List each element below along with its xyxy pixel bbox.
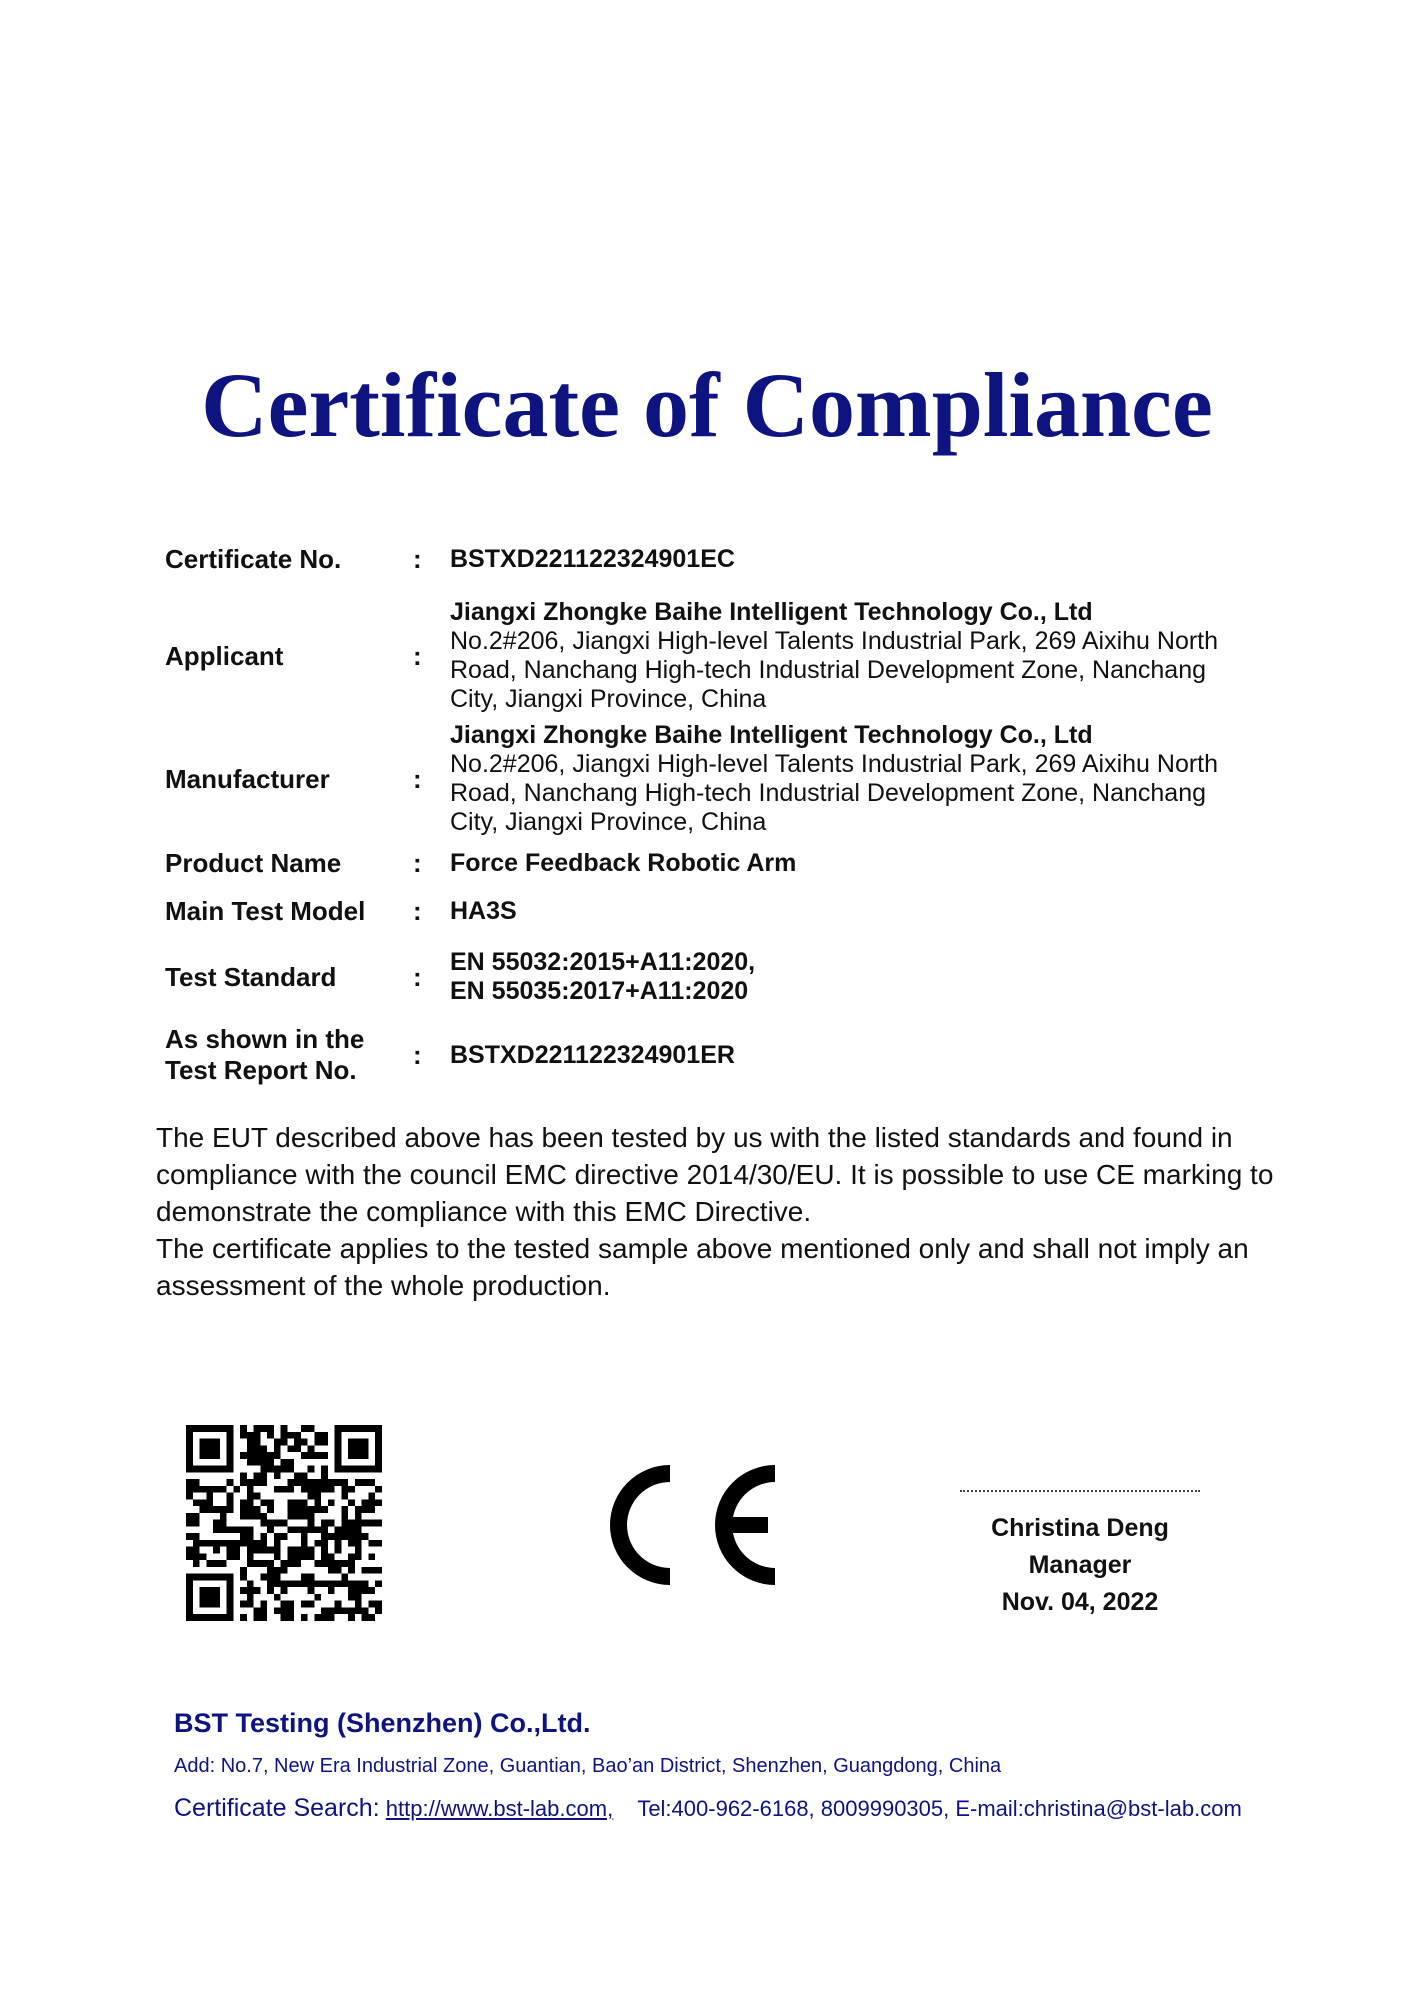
address-line: No.2#206, Jiangxi High-level Talents Ind… <box>450 750 1265 779</box>
ce-mark-icon <box>600 1455 800 1595</box>
standard: EN 55032:2015+A11:2020, <box>450 948 1265 977</box>
test-report-number: BSTXD221122324901ER <box>450 1041 1265 1070</box>
label: Test Standard <box>165 962 413 993</box>
page-title: Certificate of Compliance <box>0 352 1414 458</box>
colon: : <box>413 848 450 879</box>
statement-paragraph: The EUT described above has been tested … <box>156 1119 1276 1230</box>
statement-paragraph: The certificate applies to the tested sa… <box>156 1230 1276 1304</box>
manufacturer-name: Jiangxi Zhongke Baihe Intelligent Techno… <box>450 721 1265 750</box>
address-line: Road, Nanchang High-tech Industrial Deve… <box>450 656 1265 685</box>
certificate-search-label: Certificate Search: <box>174 1794 380 1822</box>
certificate-number: BSTXD221122324901EC <box>450 545 1265 574</box>
colon: : <box>413 962 450 993</box>
product-name: Force Feedback Robotic Arm <box>450 849 1265 878</box>
label: Certificate No. <box>165 544 413 575</box>
field-applicant: Applicant : Jiangxi Zhongke Baihe Intell… <box>165 598 1265 714</box>
label: Main Test Model <box>165 896 413 927</box>
field-certificate-no: Certificate No. : BSTXD221122324901EC <box>165 544 1265 575</box>
label: Applicant <box>165 641 413 672</box>
label: Test Report No. <box>165 1055 413 1086</box>
label: As shown in the <box>165 1024 413 1055</box>
field-test-report: As shown in the Test Report No. : BSTXD2… <box>165 1024 1265 1086</box>
model-number: HA3S <box>450 897 1265 926</box>
applicant-name: Jiangxi Zhongke Baihe Intelligent Techno… <box>450 598 1265 627</box>
address-line: City, Jiangxi Province, China <box>450 685 1265 714</box>
field-main-test-model: Main Test Model : HA3S <box>165 896 1265 927</box>
address-line: City, Jiangxi Province, China <box>450 808 1265 837</box>
issuer-company: BST Testing (Shenzhen) Co.,Ltd. <box>174 1708 1242 1739</box>
colon: : <box>413 641 450 672</box>
issuer-address: Add: No.7, New Era Industrial Zone, Guan… <box>174 1755 1242 1778</box>
label: Manufacturer <box>165 764 413 795</box>
contact-info: Tel:400-962-6168, 8009990305, E-mail:chr… <box>637 1796 1241 1821</box>
field-product-name: Product Name : Force Feedback Robotic Ar… <box>165 848 1265 879</box>
address-line: No.2#206, Jiangxi High-level Talents Ind… <box>450 627 1265 656</box>
signer-title: Manager <box>960 1547 1200 1584</box>
footer: BST Testing (Shenzhen) Co.,Ltd. Add: No.… <box>174 1708 1242 1823</box>
certificate-search-link[interactable]: http://www.bst-lab.com, <box>386 1796 613 1821</box>
colon: : <box>413 544 450 575</box>
signature-line <box>960 1490 1200 1492</box>
signature-date: Nov. 04, 2022 <box>960 1584 1200 1621</box>
colon: : <box>413 764 450 795</box>
label: Product Name <box>165 848 413 879</box>
standard: EN 55035:2017+A11:2020 <box>450 977 1265 1006</box>
colon: : <box>413 896 450 927</box>
field-manufacturer: Manufacturer : Jiangxi Zhongke Baihe Int… <box>165 721 1265 837</box>
field-test-standard: Test Standard : EN 55032:2015+A11:2020, … <box>165 948 1265 1006</box>
qr-code-icon <box>186 1425 382 1621</box>
colon: : <box>413 1040 450 1071</box>
address-line: Road, Nanchang High-tech Industrial Deve… <box>450 779 1265 808</box>
signer-name: Christina Deng <box>960 1510 1200 1547</box>
compliance-statement: The EUT described above has been tested … <box>156 1119 1276 1304</box>
signature-block: Christina Deng Manager Nov. 04, 2022 <box>960 1490 1200 1621</box>
